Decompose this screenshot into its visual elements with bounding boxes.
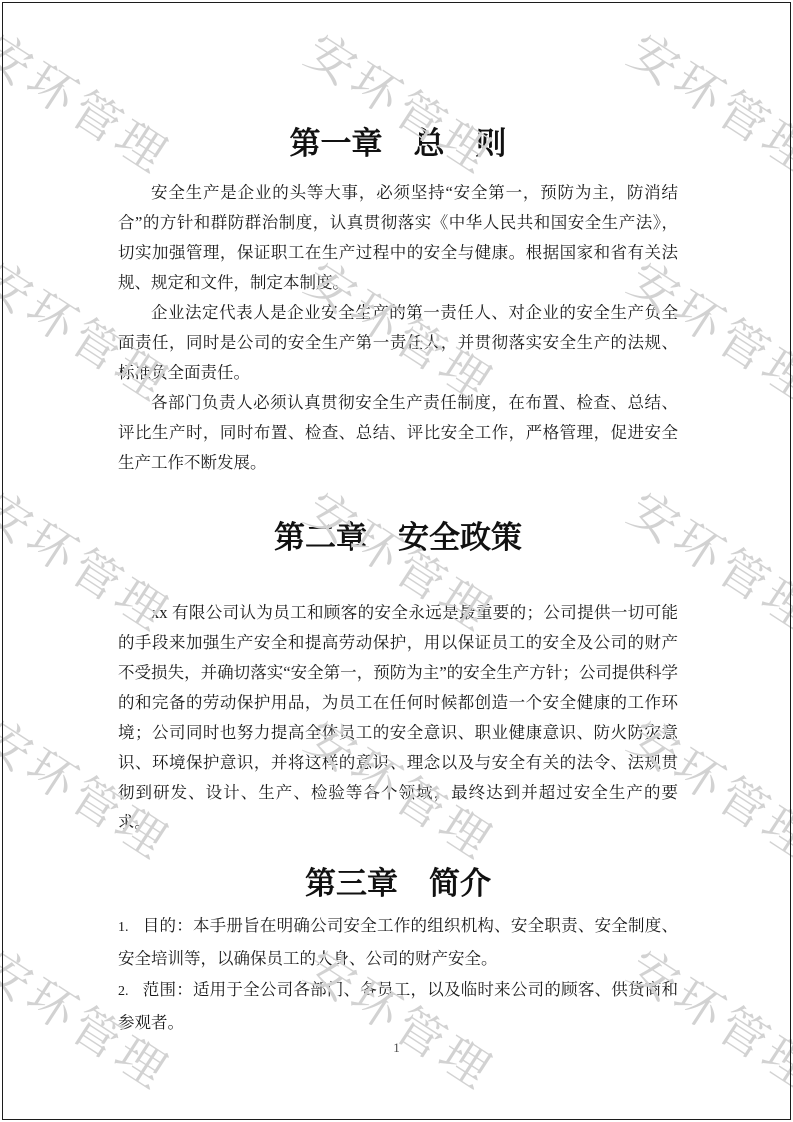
chapter1-paragraph-1: 安全生产是企业的头等大事，必须坚持“安全第一，预防为主，防消结合”的方针和群防群… — [118, 178, 678, 298]
document-page: 安环管理 安环管理 安环管理 安环管理 安环管理 安环管理 安环管理 安环管理 … — [0, 0, 793, 1122]
list-item-2-number: 2. — [118, 984, 143, 999]
chapter1-paragraph-3: 各部门负责人必须认真贯彻安全生产责任制度，在布置、检查、总结、评比生产时，同时布… — [118, 388, 678, 478]
chapter1-paragraph-2: 企业法定代表人是企业安全生产的第一责任人、对企业的安全生产负全面责任，同时是公司… — [118, 298, 678, 388]
page-number: 1 — [0, 1040, 793, 1056]
chapter2-title: 第二章 安全政策 — [118, 518, 678, 558]
list-item-2-text: 范围：适用于全公司各部门、各员工，以及临时来公司的顾客、供货商和参观者。 — [118, 980, 678, 1032]
document-content: 第一章 总 则 安全生产是企业的头等大事，必须坚持“安全第一，预防为主，防消结合… — [118, 0, 678, 1038]
chapter1-title: 第一章 总 则 — [118, 124, 678, 164]
chapter2-paragraph-1: xx 有限公司认为员工和顾客的安全永远是最重要的；公司提供一切可能的手段来加强生… — [118, 598, 678, 838]
chapter3-title: 第三章 简介 — [118, 864, 678, 904]
list-item-1-number: 1. — [118, 920, 143, 935]
list-item-1-text: 目的：本手册旨在明确公司安全工作的组织机构、安全职责、安全制度、安全培训等，以确… — [118, 916, 678, 968]
list-item-2: 2.范围：适用于全公司各部门、各员工，以及临时来公司的顾客、供货商和参观者。 — [118, 974, 678, 1038]
list-item-1: 1.目的：本手册旨在明确公司安全工作的组织机构、安全职责、安全制度、安全培训等，… — [118, 910, 678, 974]
